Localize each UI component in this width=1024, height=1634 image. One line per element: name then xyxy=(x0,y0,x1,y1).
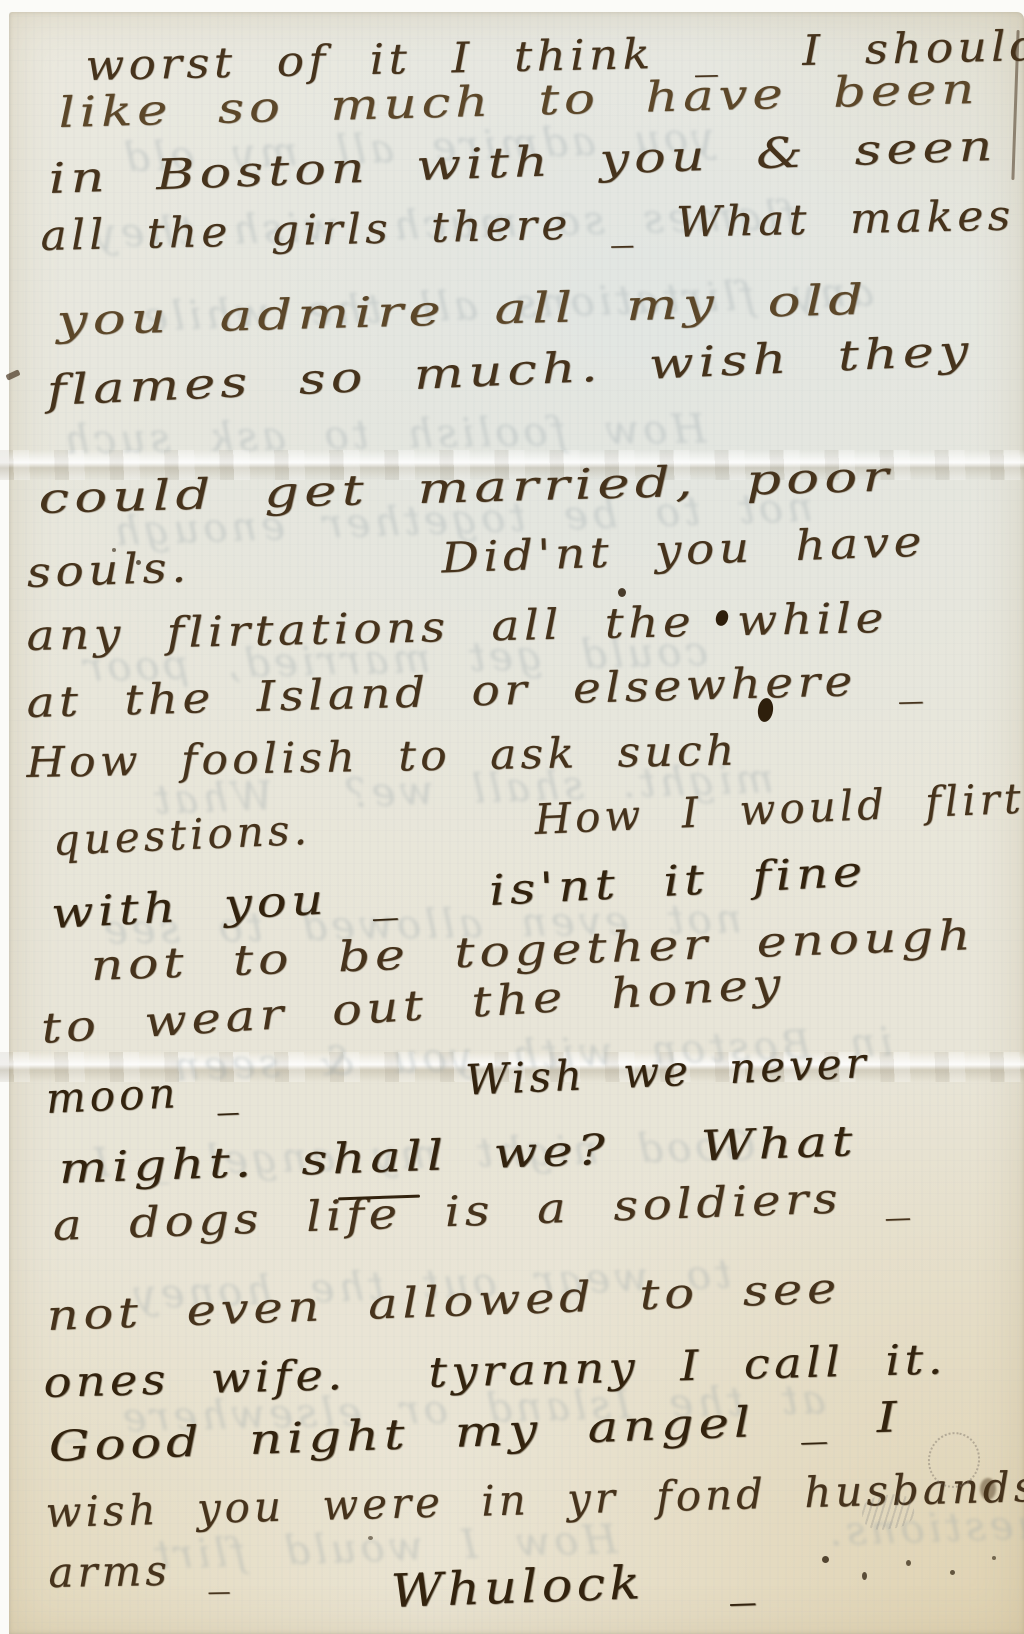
signature: Whulock _ xyxy=(390,1555,760,1614)
letter-line: arms _ xyxy=(48,1549,234,1594)
letter-scan: you admire all my old flames so much. wi… xyxy=(0,0,1024,1634)
letter-line: How foolish to ask such xyxy=(26,730,739,784)
